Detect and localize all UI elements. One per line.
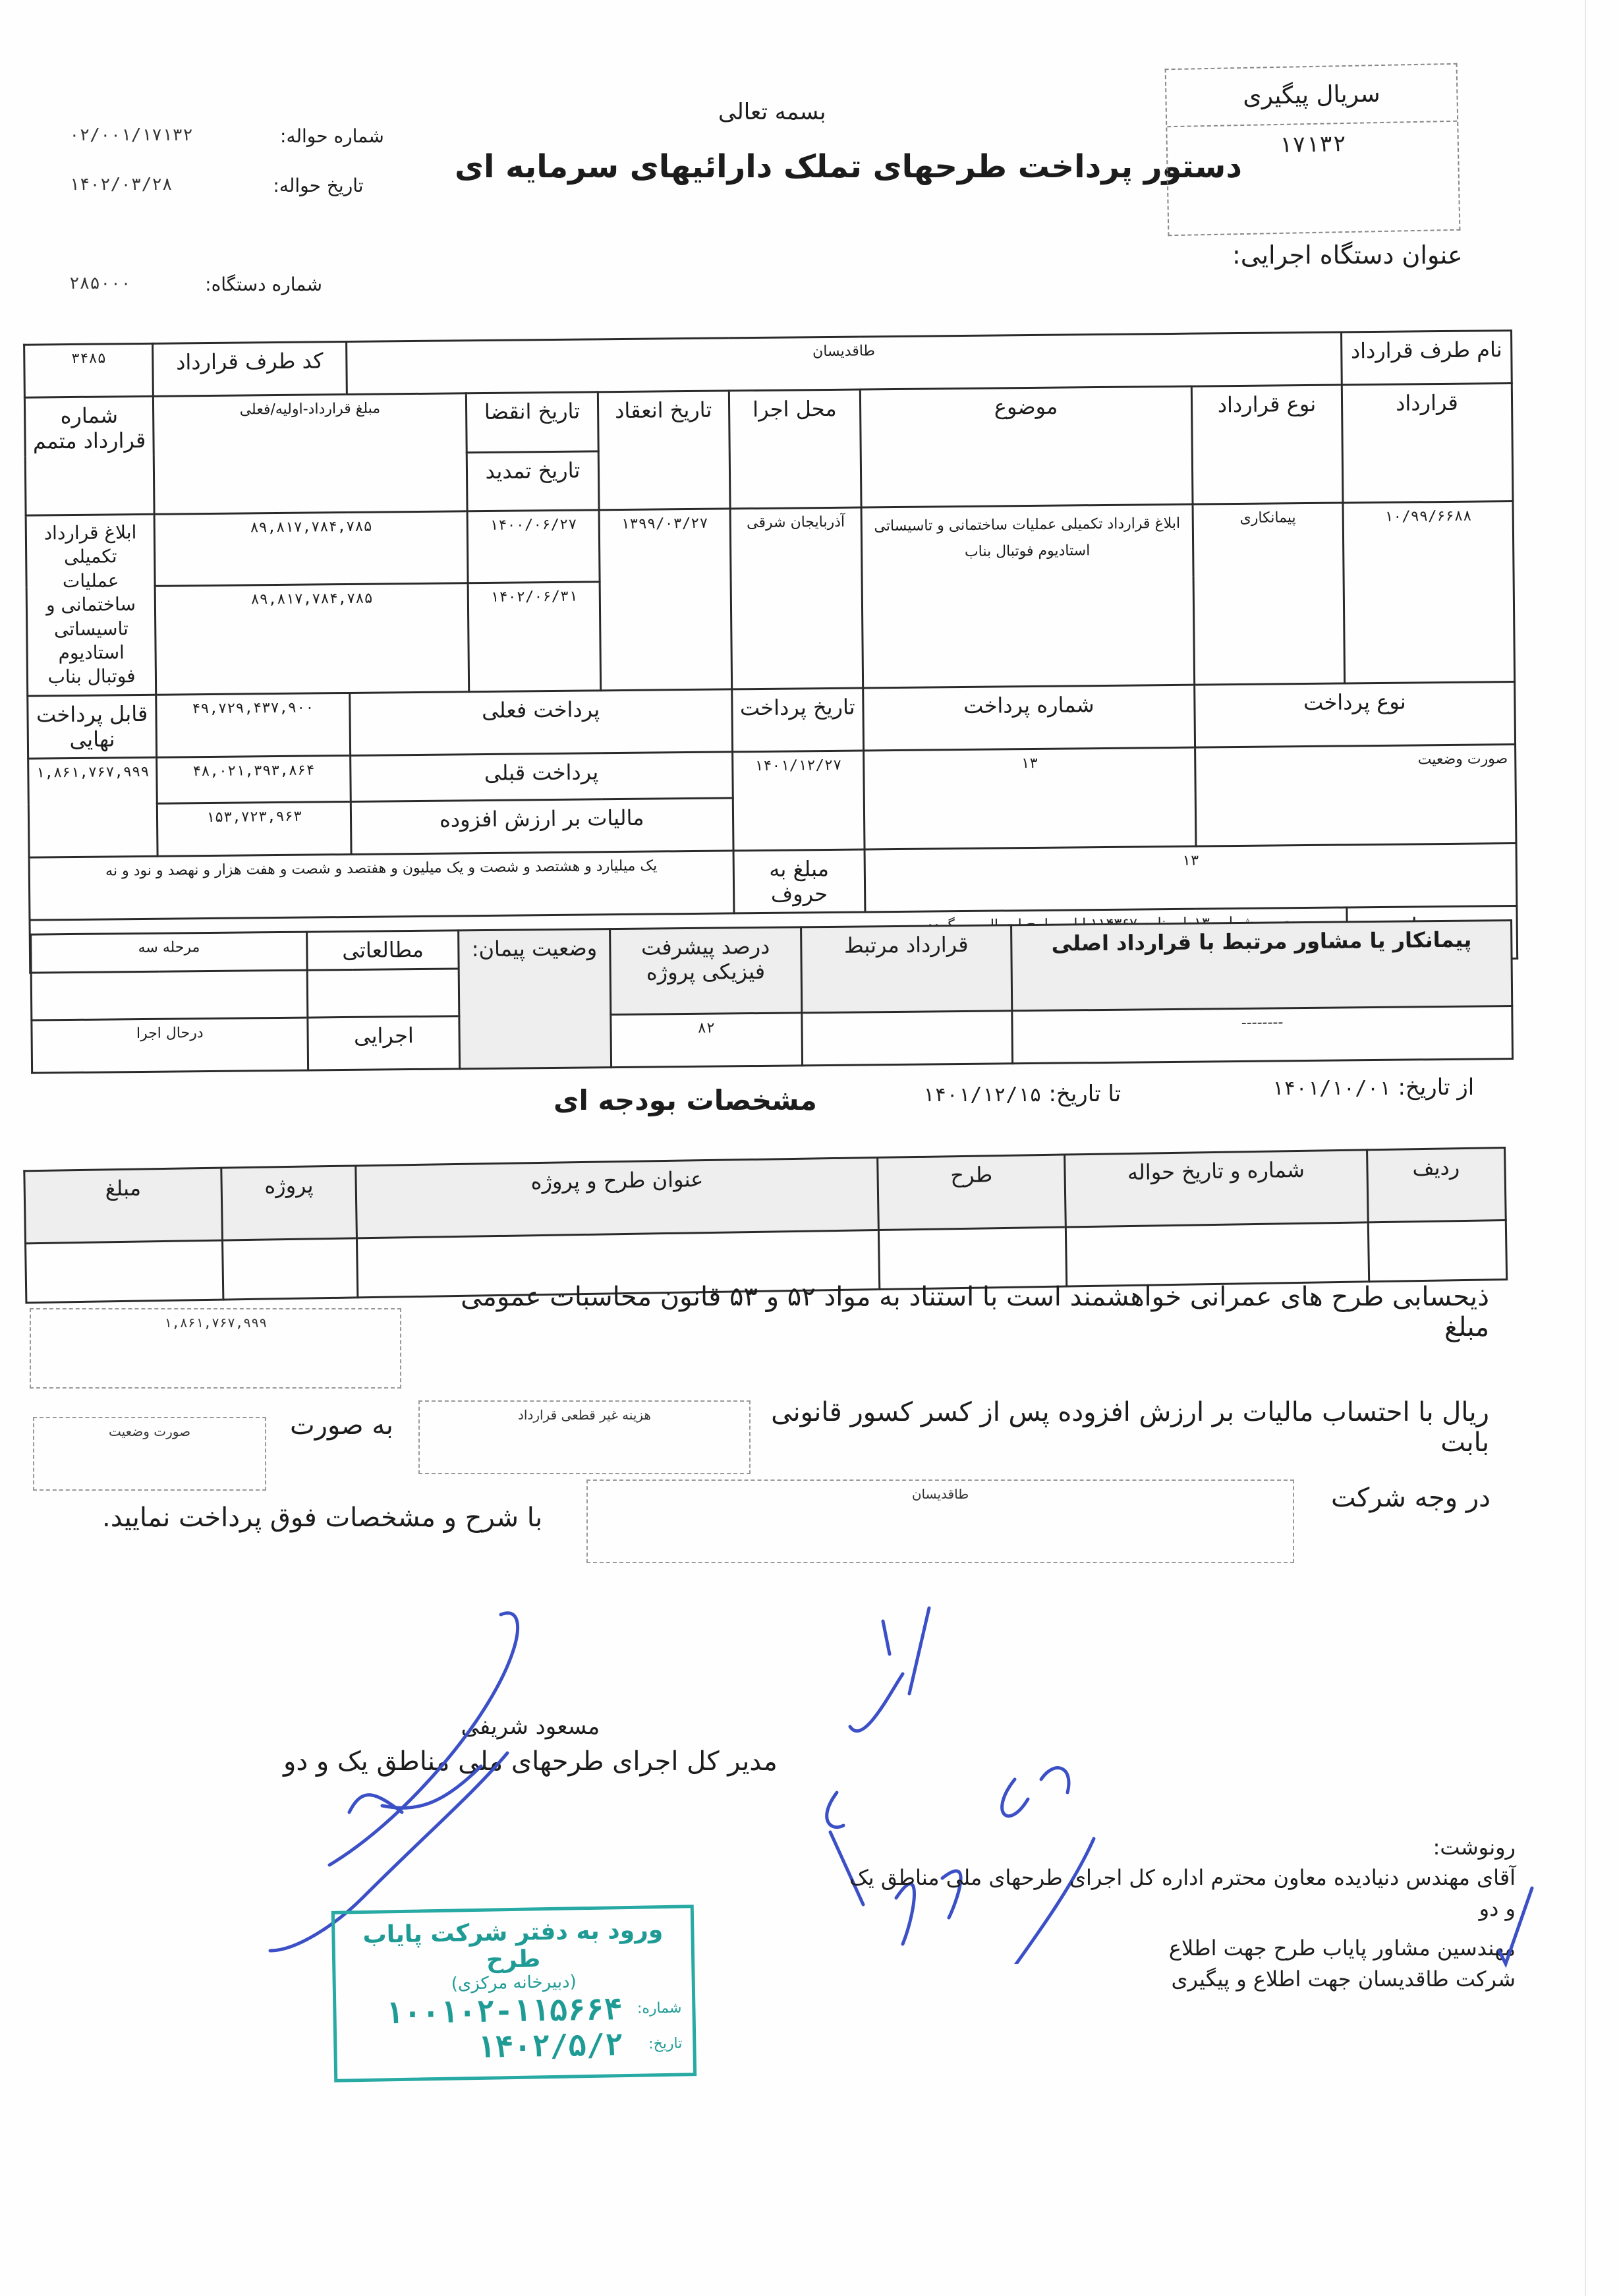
progress: ۸۲ xyxy=(611,1013,802,1068)
contractor: -------- xyxy=(1012,1006,1512,1064)
payment-type: صورت وضعیت xyxy=(1195,744,1516,846)
related-contract-label: قرارداد مرتبط xyxy=(801,925,1012,1013)
period-to: تا تاریخ: ۱۴۰۱/۱۲/۱۵ xyxy=(923,1081,1121,1107)
final-payable: ۱,۸۶۱,۷۶۷,۹۹۹ xyxy=(28,757,158,857)
stamp-number-row: شماره: ۱۰۰۱۰۲-۱۱۵۶۶۴ xyxy=(336,1990,693,2031)
previous-payment-label: پرداخت قبلی xyxy=(350,752,733,802)
party-code-label: کد طرف قرارداد xyxy=(153,341,347,396)
bismillah: بسمه تعالی xyxy=(718,99,826,125)
cc-block: رونوشت: آقای مهندس دنیادیده معاون محترم … xyxy=(843,1832,1516,1994)
budget-title: مشخصات بودجه ای xyxy=(554,1084,817,1116)
budget-table: ردیف شماره و تاریخ حواله طرح عنوان طرح و… xyxy=(23,1147,1508,1304)
period-from-value: ۱۴۰۱/۱۰/۰۱ xyxy=(1272,1077,1391,1100)
conclusion-date: ۱۳۹۹/۰۳/۲۷ xyxy=(599,509,732,691)
expiry-date-label: تاریخ انقضا xyxy=(467,392,598,452)
havale-number: ۰۲/۰۰۱/۱۷۱۳۲ xyxy=(69,125,193,147)
current-payment-label: پرداخت فعلی xyxy=(349,689,732,756)
executive-device-label: عنوان دستگاه اجرایی: xyxy=(1232,241,1463,270)
supplement-label: شماره قرارداد متمم xyxy=(24,396,154,515)
budget-cell xyxy=(879,1227,1067,1289)
payment-number: ۱۳ xyxy=(863,747,1195,849)
stamp-number: ۱۰۰۱۰۲-۱۱۵۶۶۴ xyxy=(385,1991,623,2030)
contract-type-label: نوع قرارداد xyxy=(1191,385,1343,504)
order-as-box: صورت وضعیت xyxy=(33,1417,266,1491)
budget-cell xyxy=(222,1238,358,1300)
payment-number-label: شماره پرداخت xyxy=(863,685,1195,751)
amount-in-words: یک میلیارد و هشتصد و شصت و یک میلیون و ه… xyxy=(29,851,734,920)
order-company-label: در وجه شرکت xyxy=(1331,1483,1491,1513)
amount-label: مبلغ قرارداد-اولیه/فعلی xyxy=(154,393,468,515)
havale-number-label: شماره حواله: xyxy=(239,125,384,147)
contract-number: ۱۰/۹۹/۶۶۸۸ xyxy=(1343,502,1515,683)
cc-item: شرکت طاقدیسان جهت اطلاع و پیگیری xyxy=(843,1964,1516,1994)
order-amount-box: ۱,۸۶۱,۷۶۷,۹۹۹ xyxy=(30,1308,401,1389)
contract-type: پیمانکاری xyxy=(1193,503,1345,685)
contract-status-label: وضعیت پیمان: xyxy=(459,929,611,1069)
party-name-label: نام طرف قرارداد xyxy=(1341,331,1512,385)
order-line-1: ذیحسابی طرح های عمرانی خواهشمند است با ا… xyxy=(422,1282,1489,1342)
period-from-label: از تاریخ: xyxy=(1398,1074,1474,1101)
project-status-table: پیمانکار یا مشاور مرتبط با قرارداد اصلی … xyxy=(30,919,1514,1074)
subject: ابلاغ قرارداد تکمیلی عملیات ساختمانی و ت… xyxy=(861,504,1195,688)
order-line-2: ریال با احتساب مالیات بر ارزش افزوده پس … xyxy=(764,1397,1489,1458)
expiry-date: ۱۴۰۰/۰۶/۲۷ xyxy=(467,510,599,583)
stamp-line-1: ورود به دفتر شرکت پایاب طرح xyxy=(335,1916,691,1976)
extension-date-label: تاریخ تمدید xyxy=(467,451,599,511)
budget-col-amount: مبلغ xyxy=(24,1168,223,1244)
order-company-box: طاقدیسان xyxy=(586,1479,1294,1563)
device-number-row: شماره دستگاه: ۲۸۵۰۰۰ xyxy=(69,273,322,295)
contract-label: قرارداد xyxy=(1342,384,1513,503)
period-from: از تاریخ: ۱۴۰۱/۱۰/۰۱ xyxy=(1272,1074,1474,1101)
study-label: مطالعاتی xyxy=(307,931,459,1018)
conclusion-date-label: تاریخ انعقاد xyxy=(598,391,730,510)
page-edge xyxy=(1585,0,1586,2296)
budget-cell xyxy=(1368,1220,1507,1282)
havale-date-label: تاریخ حواله: xyxy=(219,175,364,196)
in-words-label: مبلغ به حروف xyxy=(733,849,865,913)
party-code: ۳۴۸۵ xyxy=(24,343,154,397)
previous-payment: ۴۸,۰۲۱,۳۹۳,۸۶۴ xyxy=(157,755,351,803)
order-as-label: به صورت xyxy=(290,1410,393,1441)
payment-type-label: نوع پرداخت xyxy=(1195,681,1516,747)
vat: ۱۵۳,۷۲۳,۹۶۳ xyxy=(157,801,351,856)
budget-col-plan: طرح xyxy=(878,1155,1066,1230)
stamp-date-label: تاریخ: xyxy=(623,2035,682,2053)
stamp-number-label: شماره: xyxy=(622,1999,681,2017)
budget-col-row: ردیف xyxy=(1367,1148,1506,1222)
cc-item: آقای مهندس دنیادیده معاون محترم اداره کل… xyxy=(843,1862,1516,1924)
cc-label: رونوشت: xyxy=(843,1832,1516,1862)
in-words-number: ۱۳ xyxy=(865,843,1517,911)
contract-table: نام طرف قرارداد طاقدیسان کد طرف قرارداد … xyxy=(23,330,1518,973)
order-closing: با شرح و مشخصات فوق پرداخت نمایید. xyxy=(102,1503,542,1533)
havale-date: ۱۴۰۲/۰۳/۲۸ xyxy=(69,175,173,196)
budget-col-havale: شماره و تاریخ حواله xyxy=(1065,1150,1368,1227)
current-payment: ۴۹,۷۲۹,۴۳۷,۹۰۰ xyxy=(156,693,350,757)
exec-label: اجرایی xyxy=(308,1016,460,1070)
registry-stamp: ورود به دفتر شرکت پایاب طرح (دبیرخانه مر… xyxy=(331,1905,696,2082)
vat-label: مالیات بر ارزش افزوده xyxy=(351,798,733,855)
budget-cell xyxy=(1066,1222,1369,1286)
location: آذربایجان شرقی xyxy=(730,507,863,689)
device-number-label: شماره دستگاه: xyxy=(177,273,322,295)
extension-date: ۱۴۰۲/۰۶/۳۱ xyxy=(468,582,600,691)
location-label: محل اجرا xyxy=(729,389,861,509)
progress-label: درصد پیشرفت فیزیکی پروژه xyxy=(610,927,802,1015)
page-title: دستور پرداخت طرحهای تملک دارائیهای سرمای… xyxy=(455,148,1242,185)
havale-number-row: شماره حواله: ۰۲/۰۰۱/۱۷۱۳۲ xyxy=(69,125,384,147)
final-payable-label: قابل پرداخت نهایی xyxy=(28,695,157,759)
budget-col-title: عنوان طرح و پروژه xyxy=(356,1157,878,1238)
period-to-label: تا تاریخ: xyxy=(1048,1081,1121,1107)
party-name: طاقدیسان xyxy=(346,332,1342,394)
stamp-date-row: تاریخ: ۱۴۰۲/۵/۲ xyxy=(337,2025,693,2067)
payment-date-label: تاریخ پرداخت xyxy=(731,688,863,752)
device-number: ۲۸۵۰۰۰ xyxy=(69,273,131,295)
checkmark-icon xyxy=(1496,1885,1535,1970)
contractor-label: پیمانکار یا مشاور مرتبط با قرارداد اصلی xyxy=(1011,921,1512,1011)
budget-col-project: پروژه xyxy=(221,1166,357,1240)
exec-value: درحال اجرا xyxy=(32,1018,308,1073)
havale-date-row: تاریخ حواله: ۱۴۰۲/۰۳/۲۸ xyxy=(69,175,364,196)
related-contract xyxy=(801,1011,1012,1066)
supplement: ابلاغ قرارداد تکمیلی عملیات ساختمانی و ت… xyxy=(26,514,156,696)
study-value: مرحله سه xyxy=(31,932,308,1020)
amount-current: ۸۹,۸۱۷,۷۸۴,۷۸۵ xyxy=(155,583,469,695)
cc-item: مهندسین مشاور پایاب طرح جهت اطلاع xyxy=(843,1933,1516,1963)
stamp-date: ۱۴۰۲/۵/۲ xyxy=(476,2026,623,2065)
subject-label: موضوع xyxy=(860,386,1193,507)
budget-cell xyxy=(26,1240,223,1303)
tracking-serial: ۱۷۱۳۲ xyxy=(1167,122,1458,160)
tracking-serial-box: سریال پیگیری ۱۷۱۳۲ xyxy=(1165,63,1461,236)
tracking-serial-label: سریال پیگیری xyxy=(1166,65,1458,127)
payment-date: ۱۴۰۱/۱۲/۲۷ xyxy=(732,751,865,851)
order-reason-box: هزینه غیر قطعی قرارداد xyxy=(418,1400,751,1474)
period-to-value: ۱۴۰۱/۱۲/۱۵ xyxy=(923,1083,1042,1106)
amount-initial: ۸۹,۸۱۷,۷۸۴,۷۸۵ xyxy=(154,511,468,587)
